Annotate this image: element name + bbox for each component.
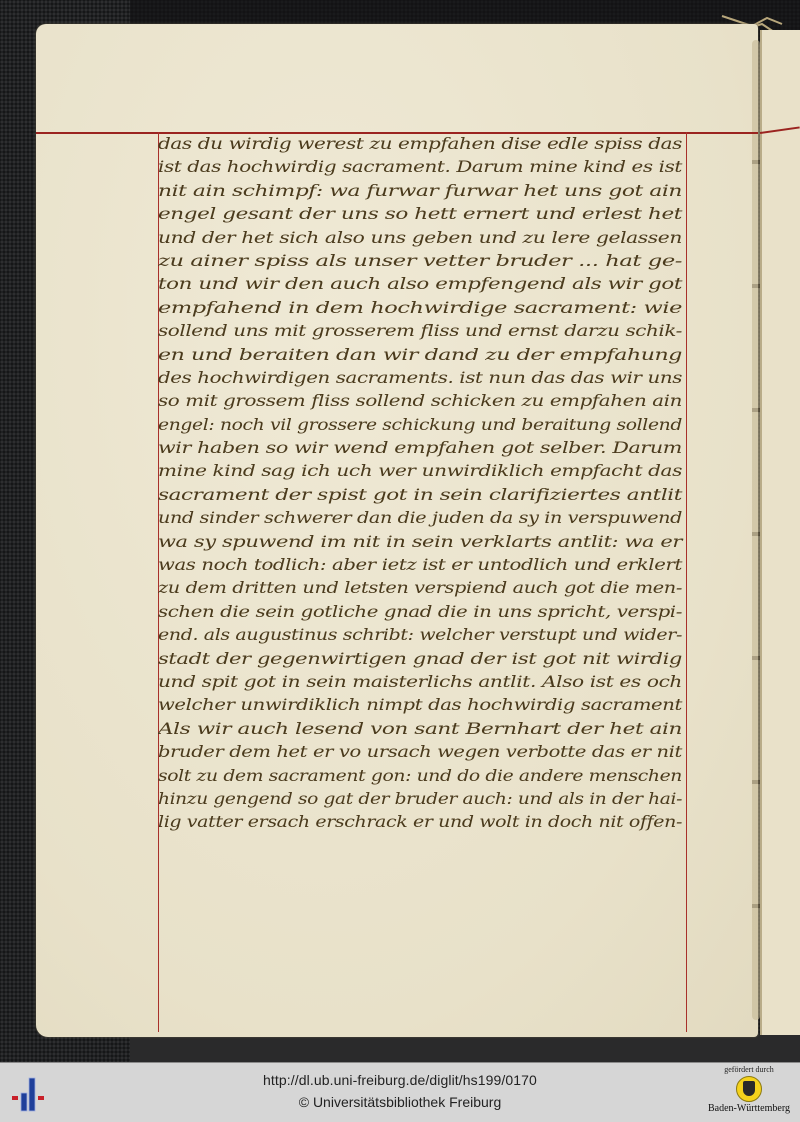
manuscript-line: mine kind sag ich uch wer unwirdiklich e… <box>158 460 686 483</box>
manuscript-viewer: das du wirdig werest zu empfahen dise ed… <box>0 0 800 1062</box>
manuscript-line: Als wir auch lesend von sant Bernhart de… <box>158 718 686 741</box>
copyright-text: © Universitätsbibliothek Freiburg <box>0 1094 800 1110</box>
manuscript-line: wa sy spuwend im nit in sein verklarts a… <box>158 531 686 554</box>
cloth-bottom-strip <box>130 1035 800 1062</box>
facing-page-edge <box>760 30 800 1035</box>
manuscript-line: lig vatter ersach erschrack er und wolt … <box>158 811 686 834</box>
manuscript-line: so mit grossem fliss sollend schicken zu… <box>158 390 686 413</box>
manuscript-line-text: bruder dem het er vo ursach wegen verbot… <box>158 741 682 764</box>
manuscript-line-text: sollend uns mit grosserem fliss und erns… <box>158 320 682 343</box>
manuscript-line-text: en und beraiten dan wir dand zu der empf… <box>158 344 682 367</box>
manuscript-line-text: empfahend in dem hochwirdige sacrament: … <box>158 297 682 320</box>
manuscript-line: welcher unwirdiklich nimpt das hochwirdi… <box>158 694 686 717</box>
manuscript-line-text: engel gesant der uns so hett ernert und … <box>158 203 682 226</box>
manuscript-line-text: zu ainer spiss als unser vetter bruder .… <box>158 250 682 273</box>
manuscript-line: end. als augustinus schribt: welcher ver… <box>158 624 686 647</box>
baden-wuerttemberg-crest-icon <box>736 1076 762 1102</box>
manuscript-line: das du wirdig werest zu empfahen dise ed… <box>158 133 686 156</box>
manuscript-line-text: ist das hochwirdig sacrament. Darum mine… <box>158 156 682 179</box>
manuscript-line: zu ainer spiss als unser vetter bruder .… <box>158 250 686 273</box>
footer-bar: http://dl.ub.uni-freiburg.de/diglit/hs19… <box>0 1062 800 1122</box>
manuscript-line-text: des hochwirdigen sacraments. ist nun das… <box>158 367 682 390</box>
manuscript-line-text: und spit got in sein maisterlichs antlit… <box>158 671 682 694</box>
manuscript-line: schen die sein gotliche gnad die in uns … <box>158 601 686 624</box>
manuscript-line-text: mine kind sag ich uch wer unwirdiklich e… <box>158 460 682 483</box>
manuscript-line: sacrament der spist got in sein clarifiz… <box>158 484 686 507</box>
sponsor-label: gefördert durch <box>704 1065 794 1074</box>
manuscript-line-text: lig vatter ersach erschrack er und wolt … <box>158 811 682 834</box>
manuscript-line: nit ain schimpf: wa furwar furwar het un… <box>158 180 686 203</box>
sponsor-name: Baden-Württemberg <box>704 1103 794 1114</box>
manuscript-line-text: Als wir auch lesend von sant Bernhart de… <box>158 718 682 741</box>
manuscript-line: des hochwirdigen sacraments. ist nun das… <box>158 367 686 390</box>
manuscript-line-text: wir haben so wir wend empfahen got selbe… <box>158 437 682 460</box>
permalink-url[interactable]: http://dl.ub.uni-freiburg.de/diglit/hs19… <box>0 1072 800 1088</box>
manuscript-line-text: wa sy spuwend im nit in sein verklarts a… <box>158 531 682 554</box>
manuscript-line-text: nit ain schimpf: wa furwar furwar het un… <box>158 180 682 203</box>
manuscript-line: stadt der gegenwirtigen gnad der ist got… <box>158 648 686 671</box>
manuscript-line-text: zu dem dritten und letsten verspiend auc… <box>158 577 682 600</box>
manuscript-line: wir haben so wir wend empfahen got selbe… <box>158 437 686 460</box>
manuscript-text: das du wirdig werest zu empfahen dise ed… <box>158 133 686 835</box>
manuscript-line: engel: noch vil grossere schickung und b… <box>158 414 686 437</box>
manuscript-line: zu dem dritten und letsten verspiend auc… <box>158 577 686 600</box>
manuscript-line-text: und der het sich also uns geben und zu l… <box>158 227 682 250</box>
manuscript-line: hinzu gengend so gat der bruder auch: un… <box>158 788 686 811</box>
manuscript-line-text: solt zu dem sacrament gon: und do die an… <box>158 765 682 788</box>
manuscript-line-text: welcher unwirdiklich nimpt das hochwirdi… <box>158 694 682 717</box>
manuscript-line: empfahend in dem hochwirdige sacrament: … <box>158 297 686 320</box>
ruling-line-right <box>686 132 687 1032</box>
manuscript-line-text: ton und wir den auch also empfengend als… <box>158 273 682 296</box>
sponsor-block: gefördert durch Baden-Württemberg <box>704 1065 794 1114</box>
manuscript-line-text: engel: noch vil grossere schickung und b… <box>158 414 682 437</box>
manuscript-line: und sinder schwerer dan die juden da sy … <box>158 507 686 530</box>
manuscript-line: ist das hochwirdig sacrament. Darum mine… <box>158 156 686 179</box>
manuscript-line: und spit got in sein maisterlichs antlit… <box>158 671 686 694</box>
manuscript-line: sollend uns mit grosserem fliss und erns… <box>158 320 686 343</box>
manuscript-line-text: schen die sein gotliche gnad die in uns … <box>158 601 682 624</box>
manuscript-line-text: stadt der gegenwirtigen gnad der ist got… <box>158 648 682 671</box>
manuscript-line: solt zu dem sacrament gon: und do die an… <box>158 765 686 788</box>
manuscript-line: und der het sich also uns geben und zu l… <box>158 227 686 250</box>
manuscript-line: was noch todlich: aber ietz ist er untod… <box>158 554 686 577</box>
manuscript-line-text: end. als augustinus schribt: welcher ver… <box>158 624 682 647</box>
manuscript-line-text: sacrament der spist got in sein clarifiz… <box>158 484 682 507</box>
manuscript-line-text: so mit grossem fliss sollend schicken zu… <box>158 390 682 413</box>
manuscript-line: bruder dem het er vo ursach wegen verbot… <box>158 741 686 764</box>
manuscript-line: ton und wir den auch also empfengend als… <box>158 273 686 296</box>
manuscript-line: en und beraiten dan wir dand zu der empf… <box>158 344 686 367</box>
manuscript-line: engel gesant der uns so hett ernert und … <box>158 203 686 226</box>
manuscript-line-text: das du wirdig werest zu empfahen dise ed… <box>158 133 682 156</box>
manuscript-line-text: hinzu gengend so gat der bruder auch: un… <box>158 788 682 811</box>
manuscript-line-text: und sinder schwerer dan die juden da sy … <box>158 507 682 530</box>
binding-gutter <box>752 40 760 1020</box>
manuscript-line-text: was noch todlich: aber ietz ist er untod… <box>158 554 682 577</box>
